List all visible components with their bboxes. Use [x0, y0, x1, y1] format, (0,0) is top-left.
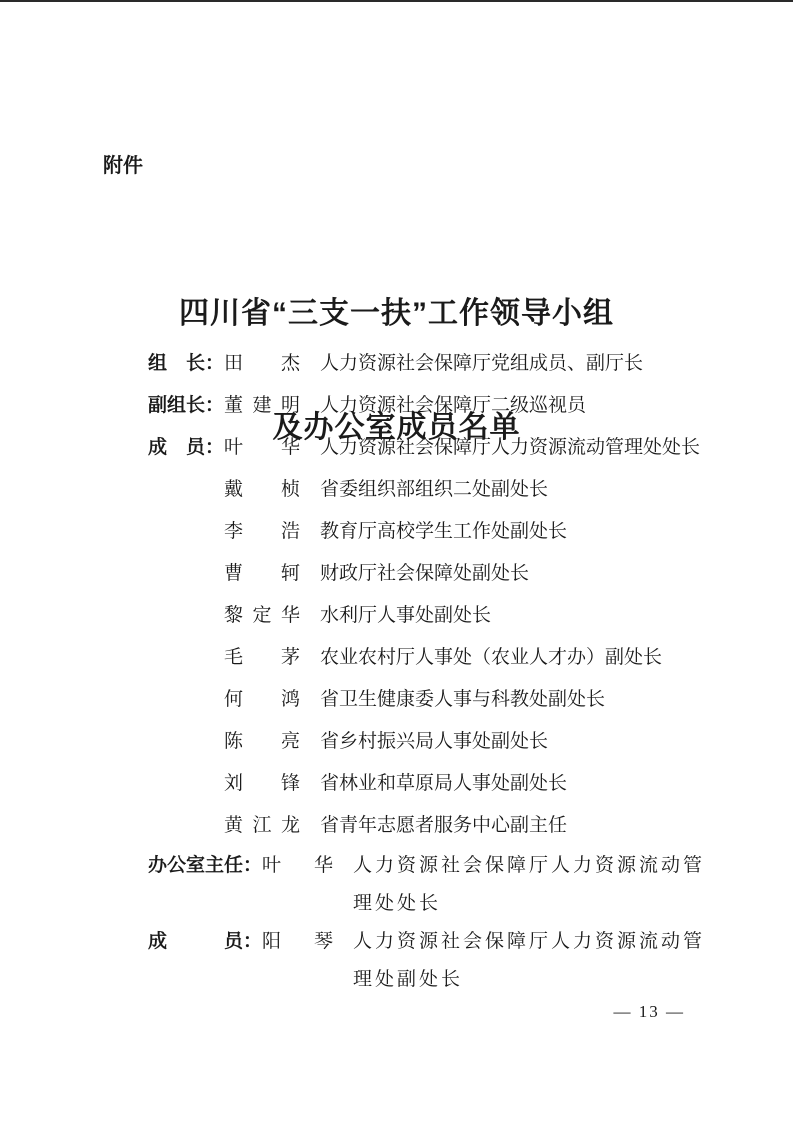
member-position: 省乡村振兴局人事处副处长: [320, 721, 708, 763]
roster-row: 黎定华水利厅人事处副处长: [148, 595, 708, 637]
role-label: 副组长：: [148, 385, 224, 427]
roster-row: 戴 桢省委组织部组织二处副处长: [148, 469, 708, 511]
member-position: 财政厅社会保障处副处长: [320, 553, 708, 595]
member-name: 叶 华: [262, 847, 333, 885]
member-name: 陈 亮: [224, 721, 300, 763]
role-label: 成 员：: [148, 923, 262, 961]
roster-row: 办公室主任：叶 华人力资源社会保障厅人力资源流动管 理处处长: [148, 847, 708, 923]
member-name: 毛 茅: [224, 637, 300, 679]
member-position: 省委组织部组织二处副处长: [320, 469, 708, 511]
roster-row: 李 浩教育厅高校学生工作处副处长: [148, 511, 708, 553]
member-position: 省林业和草原局人事处副处长: [320, 763, 708, 805]
role-label: 办公室主任：: [148, 847, 262, 885]
member-name: 何 鸿: [224, 679, 300, 721]
member-position: 省卫生健康委人事与科教处副处长: [320, 679, 708, 721]
scan-edge-line: [0, 0, 793, 2]
title-line-1: 四川省“三支一扶”工作领导小组: [0, 295, 793, 333]
member-name: 戴 桢: [224, 469, 300, 511]
roster-row: 何 鸿省卫生健康委人事与科教处副处长: [148, 679, 708, 721]
roster-row: 黄江龙省青年志愿者服务中心副主任: [148, 805, 708, 847]
member-position: 水利厅人事处副处长: [320, 595, 708, 637]
member-name: 曹 轲: [224, 553, 300, 595]
member-position: 农业农村厅人事处（农业人才办）副处长: [320, 637, 708, 679]
roster-row: 成 员：阳 琴人力资源社会保障厅人力资源流动管 理处副处长: [148, 923, 708, 999]
attachment-label: 附件: [103, 152, 143, 180]
member-name: 黎定华: [224, 595, 300, 637]
member-name: 叶 华: [224, 427, 300, 469]
member-position: 人力资源社会保障厅人力资源流动管 理处处长: [353, 847, 708, 923]
member-name: 田 杰: [224, 343, 300, 385]
member-name: 阳 琴: [262, 923, 333, 961]
page-number: — 13 —: [614, 1001, 686, 1023]
member-position: 人力资源社会保障厅人力资源流动管 理处副处长: [353, 923, 708, 999]
roster-row: 毛 茅农业农村厅人事处（农业人才办）副处长: [148, 637, 708, 679]
roster-row: 刘 锋省林业和草原局人事处副处长: [148, 763, 708, 805]
roster-row: 成 员：叶 华人力资源社会保障厅人力资源流动管理处处长: [148, 427, 708, 469]
member-position: 人力资源社会保障厅党组成员、副厅长: [320, 343, 708, 385]
member-name: 董建明: [224, 385, 300, 427]
document-page: 附件 四川省“三支一扶”工作领导小组 及办公室成员名单 组 长：田 杰人力资源社…: [0, 0, 793, 1122]
member-position: 人力资源社会保障厅二级巡视员: [320, 385, 708, 427]
role-label: 成 员：: [148, 427, 224, 469]
roster-row: 副组长：董建明人力资源社会保障厅二级巡视员: [148, 385, 708, 427]
role-label: 组 长：: [148, 343, 224, 385]
member-name: 黄江龙: [224, 805, 300, 847]
member-position: 人力资源社会保障厅人力资源流动管理处处长: [320, 427, 708, 469]
roster-row: 陈 亮省乡村振兴局人事处副处长: [148, 721, 708, 763]
member-position: 省青年志愿者服务中心副主任: [320, 805, 708, 847]
member-name: 刘 锋: [224, 763, 300, 805]
roster-list: 组 长：田 杰人力资源社会保障厅党组成员、副厅长副组长：董建明人力资源社会保障厅…: [148, 343, 708, 999]
member-name: 李 浩: [224, 511, 300, 553]
roster-row: 曹 轲财政厅社会保障处副处长: [148, 553, 708, 595]
roster-row: 组 长：田 杰人力资源社会保障厅党组成员、副厅长: [148, 343, 708, 385]
member-position: 教育厅高校学生工作处副处长: [320, 511, 708, 553]
